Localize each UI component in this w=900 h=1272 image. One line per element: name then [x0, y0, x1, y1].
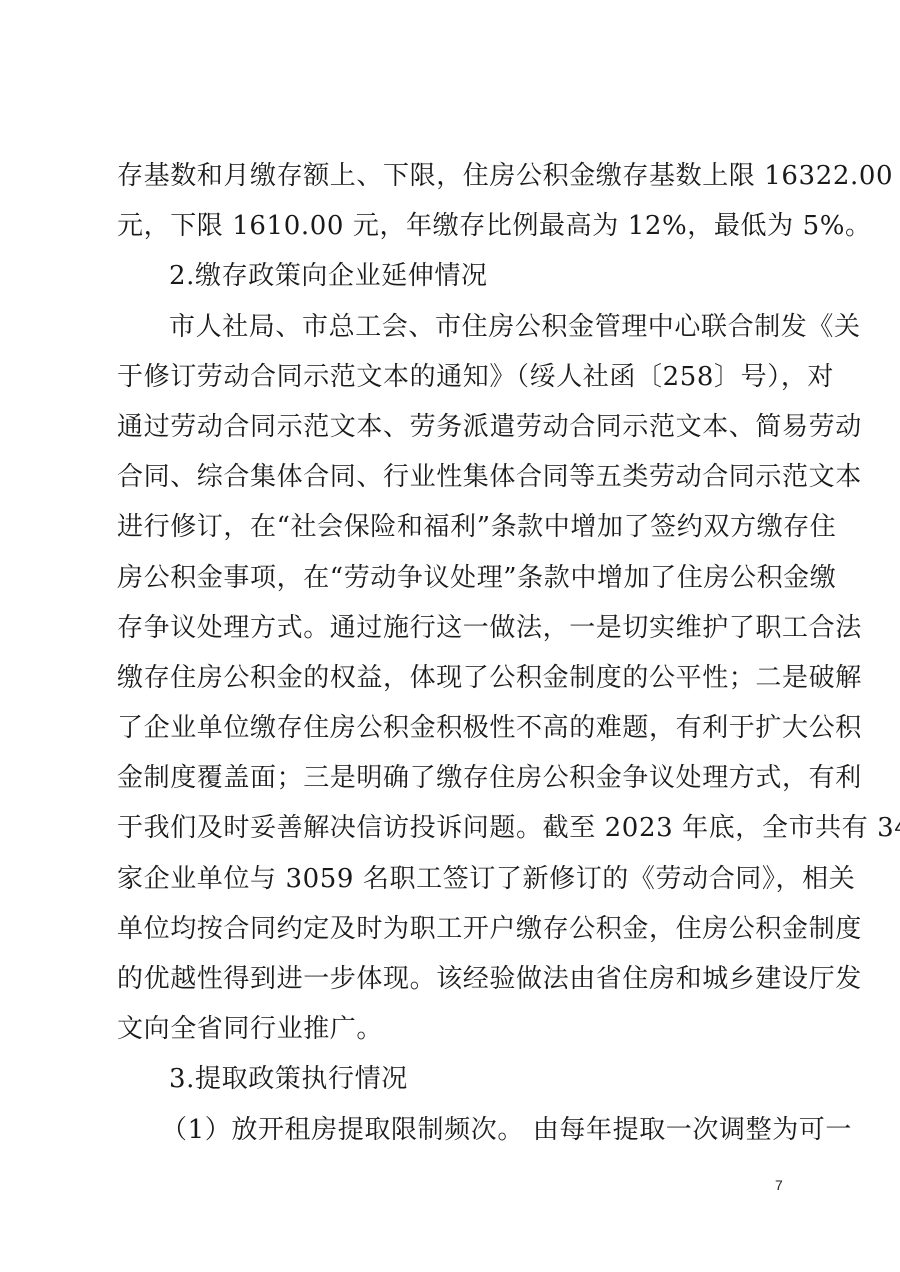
paragraph-line: 家企业单位与 3059 名职工签订了新修订的《劳动合同》，相关 [117, 859, 789, 899]
paragraph-line: 市人社局、市总工会、市住房公积金管理中心联合制发《关 [117, 307, 789, 347]
paragraph-line: 进行修订，在“社会保险和福利”条款中增加了签约双方缴存住 [117, 507, 789, 547]
paragraph-line: 于修订劳动合同示范文本的通知》（绥人社函〔258〕号），对 [117, 357, 789, 397]
section-heading: 2.缴存政策向企业延伸情况 [117, 256, 789, 296]
page-number: 7 [775, 1177, 783, 1193]
paragraph-line: 通过劳动合同示范文本、劳务派遣劳动合同示范文本、简易劳动 [117, 407, 789, 447]
paragraph-line: 房公积金事项，在“劳动争议处理”条款中增加了住房公积金缴 [117, 558, 789, 598]
paragraph-line: 元，下限 1610.00 元，年缴存比例最高为 12%，最低为 5%。 [117, 206, 789, 246]
paragraph-line: 存基数和月缴存额上、下限，住房公积金缴存基数上限 16322.00 [117, 156, 789, 196]
document-page: 存基数和月缴存额上、下限，住房公积金缴存基数上限 16322.00 元，下限 1… [0, 0, 900, 1272]
paragraph-line: 单位均按合同约定及时为职工开户缴存公积金，住房公积金制度 [117, 909, 789, 949]
paragraph-line: 于我们及时妥善解决信访投诉问题。截至 2023 年底，全市共有 34 [117, 808, 789, 848]
document-body: 存基数和月缴存额上、下限，住房公积金缴存基数上限 16322.00 元，下限 1… [117, 156, 789, 1160]
paragraph-line: 金制度覆盖面；三是明确了缴存住房公积金争议处理方式，有利 [117, 758, 789, 798]
paragraph-line: 了企业单位缴存住房公积金积极性不高的难题，有利于扩大公积 [117, 708, 789, 748]
section-heading: 3.提取政策执行情况 [117, 1059, 789, 1099]
paragraph-line: 存争议处理方式。通过施行这一做法，一是切实维护了职工合法 [117, 608, 789, 648]
paragraph-line: 文向全省同行业推广。 [117, 1009, 789, 1049]
paragraph-line: （1）放开租房提取限制频次。 由每年提取一次调整为可一 [117, 1110, 789, 1150]
paragraph-line: 缴存住房公积金的权益，体现了公积金制度的公平性；二是破解 [117, 658, 789, 698]
paragraph-line: 合同、综合集体合同、行业性集体合同等五类劳动合同示范文本 [117, 457, 789, 497]
paragraph-line: 的优越性得到进一步体现。该经验做法由省住房和城乡建设厅发 [117, 959, 789, 999]
